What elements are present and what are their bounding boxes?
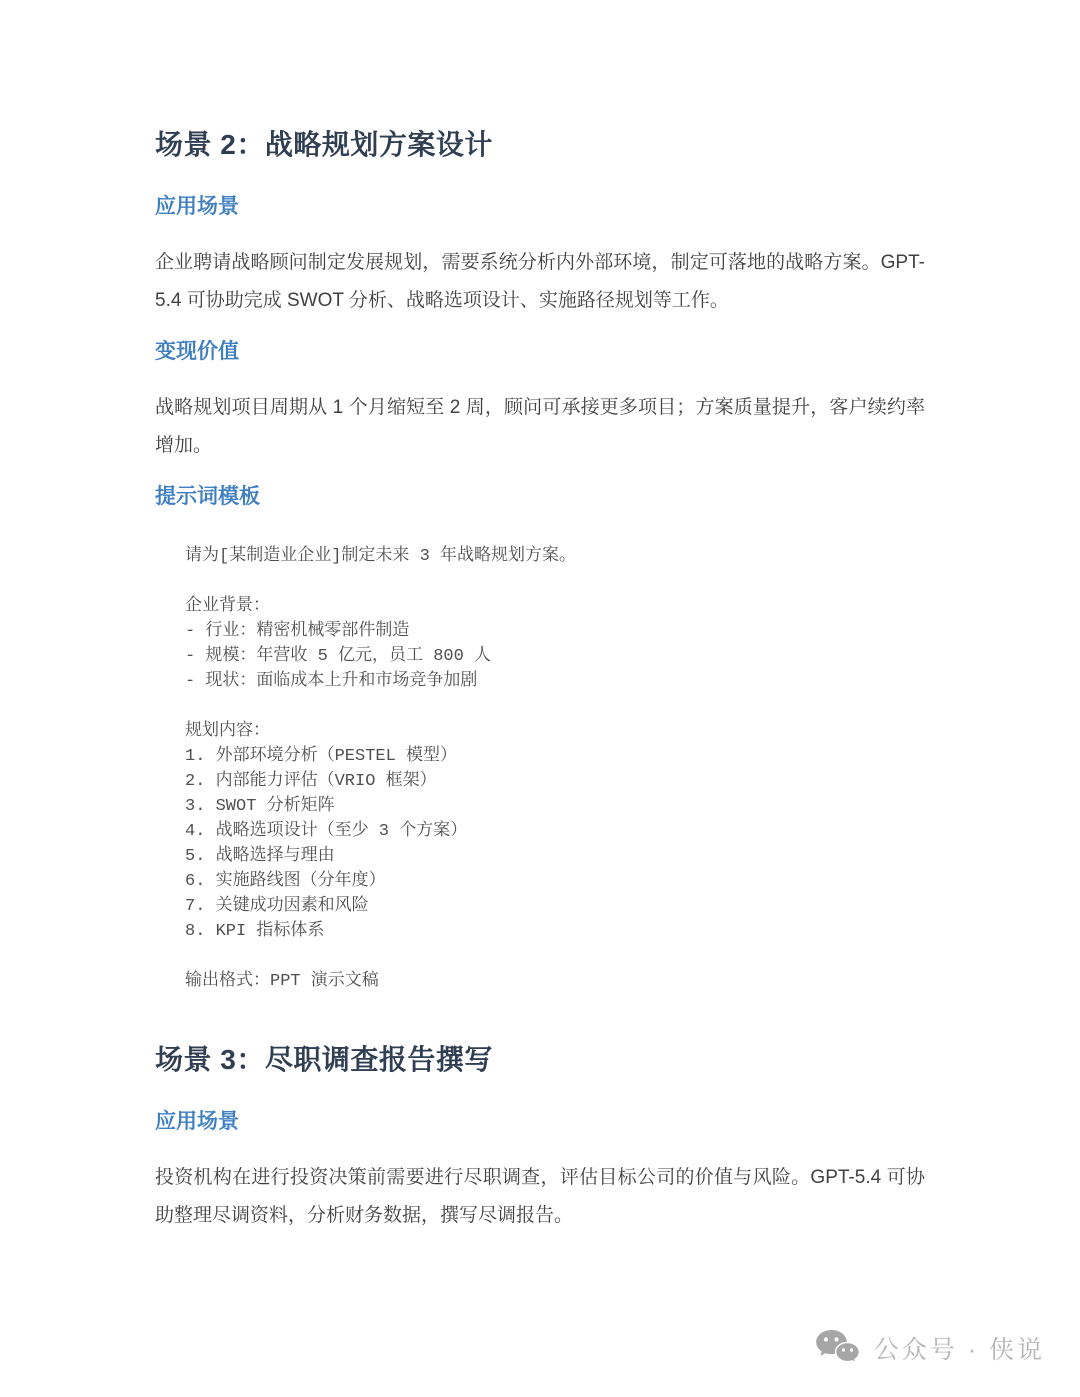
scene2-section: 场景 2：战略规划方案设计 应用场景 企业聘请战略顾问制定发展规划，需要系统分析…: [155, 127, 925, 994]
wechat-icon: [815, 1329, 859, 1367]
watermark: 公众号 · 侠说: [815, 1329, 1045, 1367]
scene2-application-heading: 应用场景: [155, 193, 925, 220]
scene2-prompt-heading: 提示词模板: [155, 483, 925, 510]
scene3-application-heading: 应用场景: [155, 1108, 925, 1135]
scene2-application-body: 企业聘请战略顾问制定发展规划，需要系统分析内外部环境，制定可落地的战略方案。GP…: [155, 244, 925, 320]
scene2-title: 场景 2：战略规划方案设计: [155, 127, 925, 163]
watermark-label: 公众号 · 侠说: [874, 1330, 1045, 1366]
scene3-section: 场景 3：尽职调查报告撰写 应用场景 投资机构在进行投资决策前需要进行尽职调查，…: [155, 1042, 925, 1235]
scene2-value-body: 战略规划项目周期从 1 个月缩短至 2 周，顾问可承接更多项目；方案质量提升，客…: [155, 389, 925, 465]
scene2-prompt-template: 请为[某制造业企业]制定未来 3 年战略规划方案。 企业背景： - 行业：精密机…: [185, 544, 925, 994]
document-page: 场景 2：战略规划方案设计 应用场景 企业聘请战略顾问制定发展规划，需要系统分析…: [0, 0, 1080, 1397]
document-content: 场景 2：战略规划方案设计 应用场景 企业聘请战略顾问制定发展规划，需要系统分析…: [0, 0, 1080, 1235]
scene3-application-body: 投资机构在进行投资决策前需要进行尽职调查，评估目标公司的价值与风险。GPT-5.…: [155, 1159, 925, 1235]
scene2-value-heading: 变现价值: [155, 338, 925, 365]
scene3-title: 场景 3：尽职调查报告撰写: [155, 1042, 925, 1078]
